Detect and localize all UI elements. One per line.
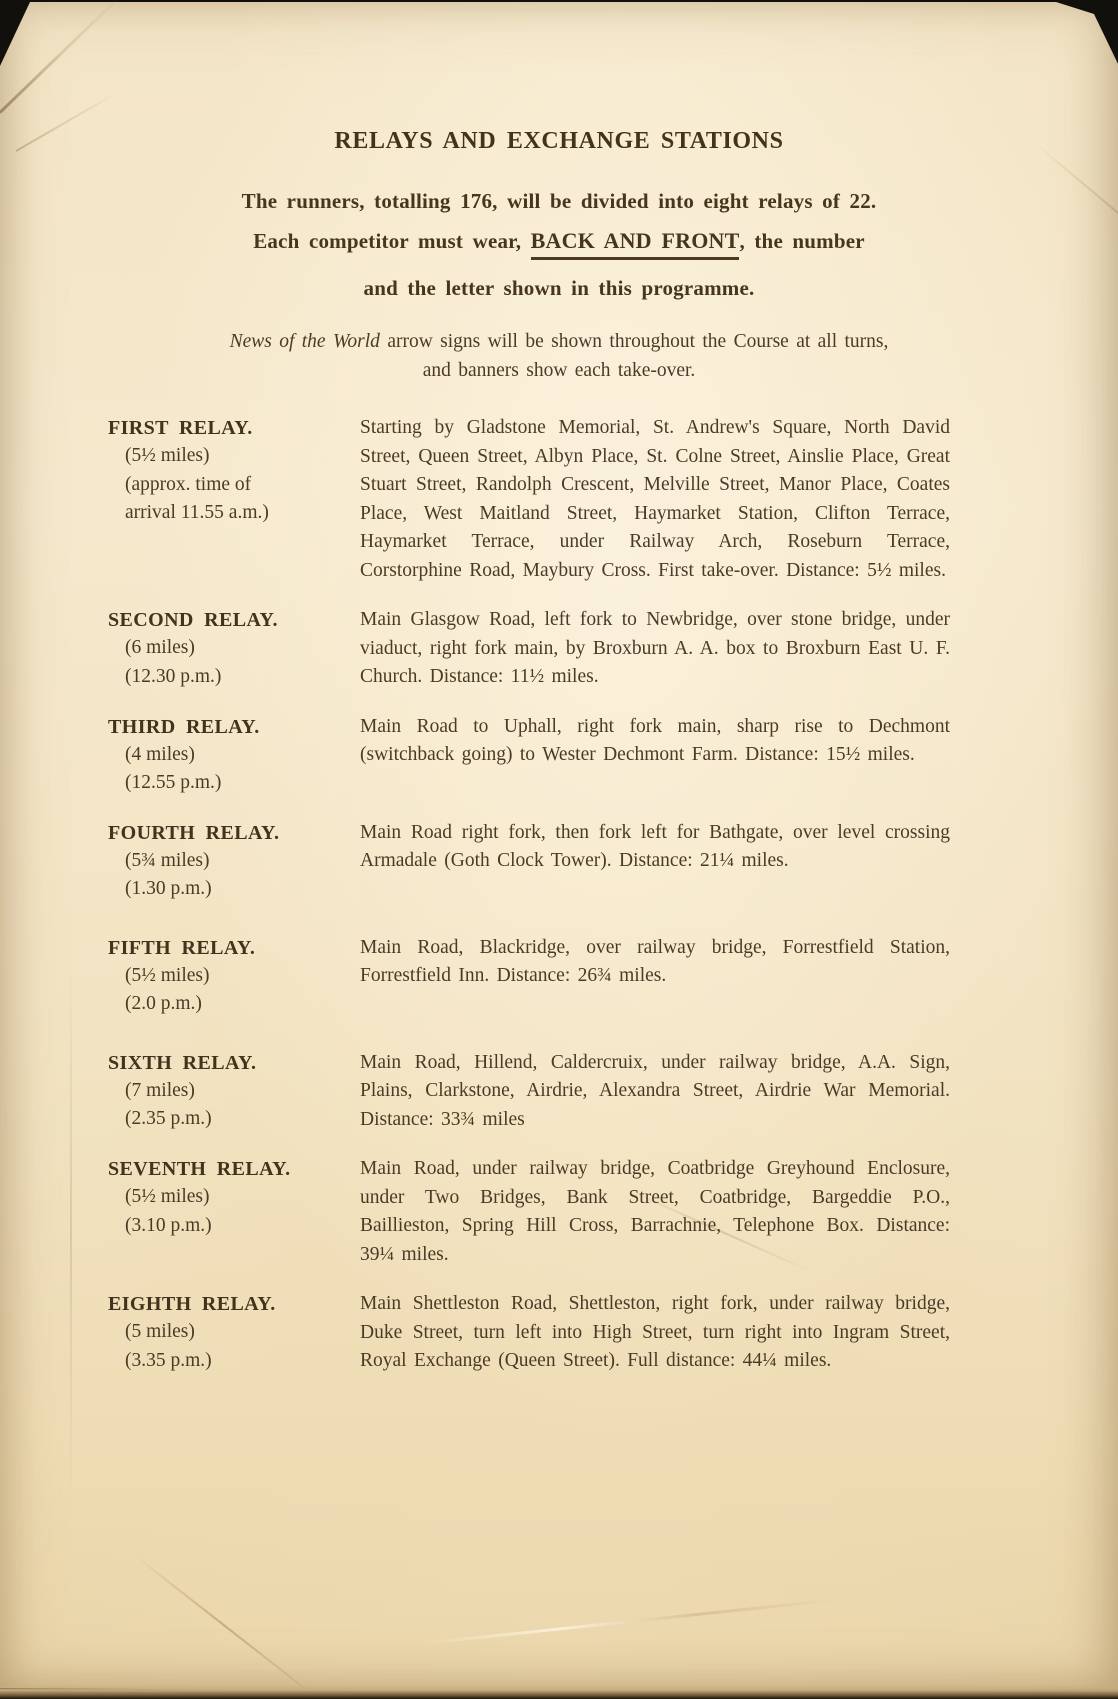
relay-detail-line: (5½ miles) (125, 1183, 360, 1212)
relay-left-column: FOURTH RELAY. (5¾ miles)(1.30 p.m.) (108, 819, 360, 904)
relay-left-column: THIRD RELAY. (4 miles)(12.55 p.m.) (108, 713, 360, 798)
intro-line-2-suffix: , the number (739, 229, 864, 253)
relay-details: (5½ miles)(approx. time ofarrival 11.55 … (108, 442, 360, 528)
intro-line-1: The runners, totalling 176, will be divi… (90, 189, 1028, 214)
note-line-2: and banners show each take-over. (90, 360, 1028, 382)
relay-left-column: SECOND RELAY. (6 miles)(12.30 p.m.) (108, 606, 360, 692)
relay-left-column: EIGHTH RELAY. (5 miles)(3.35 p.m.) (108, 1290, 360, 1376)
relay-detail-line: (2.0 p.m.) (125, 990, 360, 1019)
relay-left-column: FIRST RELAY. (5½ miles)(approx. time ofa… (108, 414, 360, 585)
relay-left-column: SEVENTH RELAY. (5½ miles)(3.10 p.m.) (108, 1155, 360, 1269)
relay-row: SECOND RELAY. (6 miles)(12.30 p.m.) Main… (108, 606, 950, 692)
relay-description: Main Road, Blackridge, over railway brid… (360, 934, 950, 1019)
relay-detail-line: (5¾ miles) (125, 847, 360, 876)
relay-description: Main Shettleston Road, Shettleston, righ… (360, 1290, 950, 1376)
relay-details: (4 miles)(12.55 p.m.) (108, 741, 360, 798)
relay-row: SEVENTH RELAY. (5½ miles)(3.10 p.m.) Mai… (108, 1155, 950, 1269)
relay-left-column: SIXTH RELAY. (7 miles)(2.35 p.m.) (108, 1049, 360, 1135)
intro-line-3: and the letter shown in this programme. (90, 276, 1028, 301)
relay-details: (6 miles)(12.30 p.m.) (108, 634, 360, 691)
relay-detail-line: (5½ miles) (125, 442, 360, 471)
relay-details: (5½ miles)(2.0 p.m.) (108, 962, 360, 1019)
relay-details: (5¾ miles)(1.30 p.m.) (108, 847, 360, 904)
relay-description: Main Road to Uphall, right fork main, sh… (360, 713, 950, 798)
relay-row: THIRD RELAY. (4 miles)(12.55 p.m.) Main … (108, 713, 950, 798)
relay-row: FOURTH RELAY. (5¾ miles)(1.30 p.m.) Main… (108, 819, 950, 904)
relay-name: THIRD RELAY. (108, 713, 360, 741)
relay-detail-line: (5½ miles) (125, 962, 360, 991)
relay-details: (5½ miles)(3.10 p.m.) (108, 1183, 360, 1240)
relay-name: SEVENTH RELAY. (108, 1155, 360, 1183)
relay-detail-line: (approx. time of (125, 471, 360, 500)
relay-detail-line: (5 miles) (125, 1318, 360, 1347)
note-italic-lead: News of the World (230, 331, 380, 352)
page-header: RELAYS AND EXCHANGE STATIONS The runners… (0, 128, 1118, 382)
relay-details: (7 miles)(2.35 p.m.) (108, 1077, 360, 1134)
relay-detail-line: (12.55 p.m.) (125, 769, 360, 798)
relay-description: Main Road, under railway bridge, Coatbri… (360, 1155, 950, 1269)
relay-description: Main Road, Hillend, Caldercruix, under r… (360, 1049, 950, 1135)
relay-list: FIRST RELAY. (5½ miles)(approx. time ofa… (0, 414, 1118, 1376)
relay-details: (5 miles)(3.35 p.m.) (108, 1318, 360, 1375)
relay-left-column: FIFTH RELAY. (5½ miles)(2.0 p.m.) (108, 934, 360, 1019)
relay-name: FOURTH RELAY. (108, 819, 360, 847)
intro-line-2: Each competitor must wear, BACK AND FRON… (90, 228, 1028, 260)
relay-name: FIRST RELAY. (108, 414, 360, 442)
relay-name: SIXTH RELAY. (108, 1049, 360, 1077)
relay-detail-line: (1.30 p.m.) (125, 875, 360, 904)
note-line-1: News of the World arrow signs will be sh… (90, 331, 1028, 353)
relay-detail-line: arrival 11.55 a.m.) (125, 499, 360, 528)
relay-row: SIXTH RELAY. (7 miles)(2.35 p.m.) Main R… (108, 1049, 950, 1135)
relay-detail-line: (4 miles) (125, 741, 360, 770)
programme-page: RELAYS AND EXCHANGE STATIONS The runners… (0, 0, 1118, 1699)
relay-description: Main Road right fork, then fork left for… (360, 819, 950, 904)
relay-row: FIFTH RELAY. (5½ miles)(2.0 p.m.) Main R… (108, 934, 950, 1019)
relay-detail-line: (2.35 p.m.) (125, 1105, 360, 1134)
relay-name: FIFTH RELAY. (108, 934, 360, 962)
intro-line-2-prefix: Each competitor must wear, (253, 229, 530, 253)
relay-row: EIGHTH RELAY. (5 miles)(3.35 p.m.) Main … (108, 1290, 950, 1376)
page-title: RELAYS AND EXCHANGE STATIONS (90, 128, 1028, 155)
relay-description: Main Glasgow Road, left fork to Newbridg… (360, 606, 950, 692)
intro-line-2-underlined: BACK AND FRONT (531, 228, 740, 260)
relay-detail-line: (7 miles) (125, 1077, 360, 1106)
relay-name: SECOND RELAY. (108, 606, 360, 634)
relay-detail-line: (6 miles) (125, 634, 360, 663)
note-rest: arrow signs will be shown throughout the… (380, 331, 888, 352)
relay-detail-line: (12.30 p.m.) (125, 663, 360, 692)
relay-detail-line: (3.10 p.m.) (125, 1212, 360, 1241)
relay-row: FIRST RELAY. (5½ miles)(approx. time ofa… (108, 414, 950, 585)
relay-detail-line: (3.35 p.m.) (125, 1347, 360, 1376)
relay-name: EIGHTH RELAY. (108, 1290, 360, 1318)
relay-description: Starting by Gladstone Memorial, St. Andr… (360, 414, 950, 585)
